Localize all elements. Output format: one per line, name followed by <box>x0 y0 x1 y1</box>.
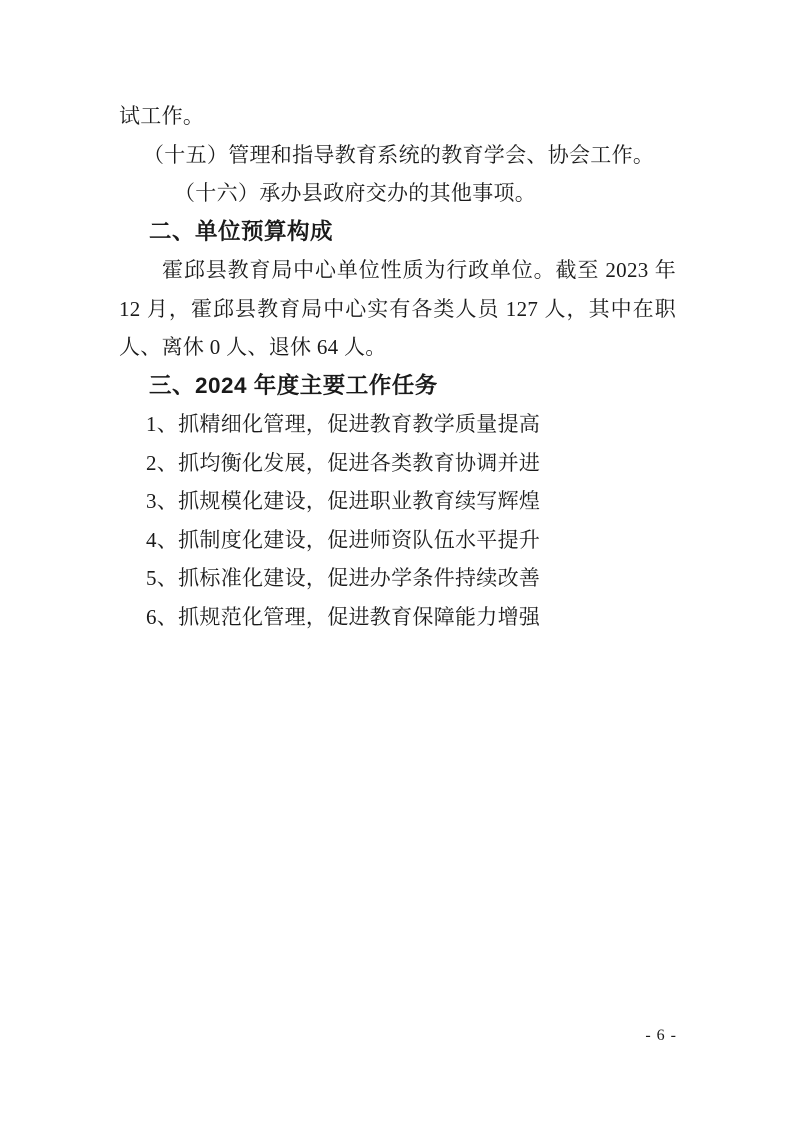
page-number: - 6 - <box>645 1026 677 1046</box>
document-page: 试工作。 （十五）管理和指导教育系统的教育学会、协会工作。 （十六）承办县政府交… <box>0 0 794 1122</box>
document-body: 试工作。 （十五）管理和指导教育系统的教育学会、协会工作。 （十六）承办县政府交… <box>119 97 676 636</box>
section-heading-budget-composition: 二、单位预算构成 <box>119 213 676 252</box>
task-list-item-2: 2、抓均衡化发展，促进各类教育协调并进 <box>119 444 676 483</box>
task-list-item-1: 1、抓精细化管理，促进教育教学质量提高 <box>119 405 676 444</box>
task-list-item-4: 4、抓制度化建设，促进师资队伍水平提升 <box>119 521 676 560</box>
body-line-paragraph: 人、离休 0 人、退休 64 人。 <box>119 328 676 367</box>
task-list-item-6: 6、抓规范化管理，促进教育保障能力增强 <box>119 598 676 637</box>
body-line-paragraph: 12 月，霍邱县教育局中心实有各类人员 127 人，其中在职 <box>119 290 676 329</box>
task-list-item-3: 3、抓规模化建设，促进职业教育续写辉煌 <box>119 482 676 521</box>
body-line-item-16: （十六）承办县政府交办的其他事项。 <box>119 174 676 213</box>
task-list-item-5: 5、抓标准化建设，促进办学条件持续改善 <box>119 559 676 598</box>
section-heading-2024-tasks: 三、2024 年度主要工作任务 <box>119 367 676 406</box>
body-line-paragraph: 霍邱县教育局中心单位性质为行政单位。截至 2023 年 <box>119 251 676 290</box>
body-line-item-15: （十五）管理和指导教育系统的教育学会、协会工作。 <box>119 136 676 175</box>
body-line-continuation: 试工作。 <box>119 97 676 136</box>
